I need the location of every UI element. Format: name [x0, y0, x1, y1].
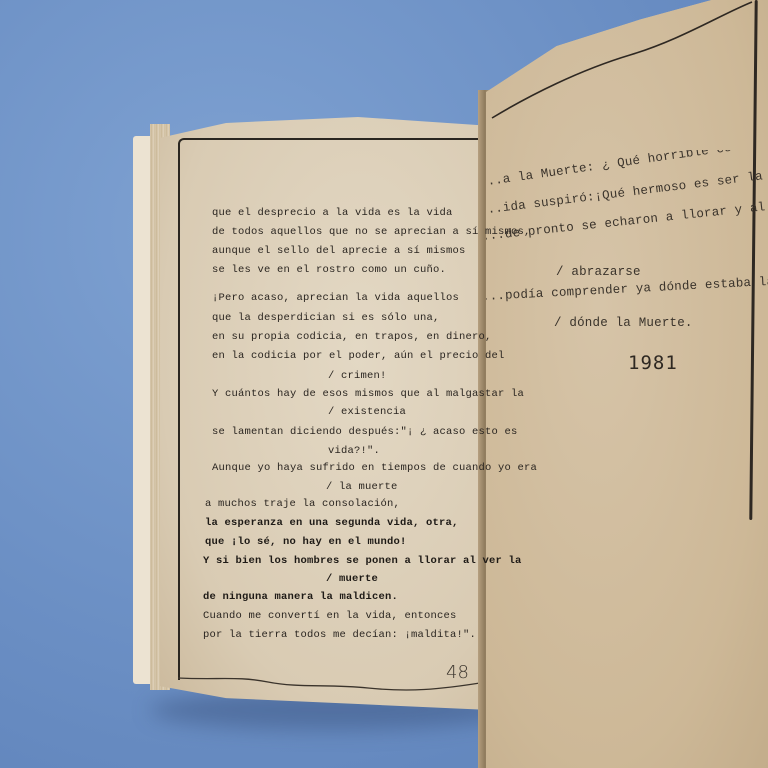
- text-line: vida?!".: [328, 445, 380, 457]
- year-label: 1981: [628, 352, 678, 374]
- text-line: a muchos traje la consolación,: [205, 498, 400, 510]
- text-line: / la muerte: [326, 481, 398, 493]
- text-line: que el desprecio a la vida es la vida: [212, 207, 453, 219]
- text-line: / abrazarse: [556, 265, 641, 279]
- text-line: la esperanza en una segunda vida, otra,: [205, 517, 459, 529]
- text-line: en la codicia por el poder, aún el preci…: [212, 350, 505, 362]
- text-line: se les ve en el rostro como un cuño.: [212, 264, 446, 276]
- text-line: / dónde la Muerte.: [554, 316, 693, 330]
- text-line: Y cuántos hay de esos mismos que al malg…: [212, 388, 524, 400]
- text-line: Aunque yo haya sufrido en tiempos de cua…: [212, 462, 537, 474]
- text-line: en su propia codicia, en trapos, en dine…: [212, 331, 492, 343]
- text-line: de ninguna manera la maldicen.: [203, 591, 398, 603]
- text-line: de todos aquellos que no se aprecian a s…: [212, 226, 531, 238]
- text-line: ¡Pero acaso, aprecian la vida aquellos: [212, 292, 459, 304]
- text-line: / muerte: [326, 573, 378, 585]
- text-line: / existencia: [328, 406, 406, 418]
- left-page-bottom-border: [178, 676, 486, 696]
- text-line: por la tierra todos me decían: ¡maldita!…: [203, 629, 476, 641]
- text-line: se lamentan diciendo después:"¡ ¿ acaso …: [212, 426, 518, 438]
- page-number: 48: [446, 662, 469, 683]
- text-line: Y si bien los hombres se ponen a llorar …: [203, 555, 522, 567]
- text-line: Cuando me convertí en la vida, entonces: [203, 610, 457, 622]
- text-line: / crimen!: [328, 370, 387, 382]
- right-page-text: ...a la Muerte: ¿ Qué horrible es ser la…: [486, 150, 768, 410]
- right-page-top-border: [490, 0, 768, 120]
- text-line: que ¡lo sé, no hay en el mundo!: [205, 536, 407, 548]
- text-line: que la desperdician si es sólo una,: [212, 312, 440, 324]
- text-line: aunque el sello del aprecie a sí mismos: [212, 245, 466, 257]
- photo-scene: que el desprecio a la vida es la vida de…: [0, 0, 768, 768]
